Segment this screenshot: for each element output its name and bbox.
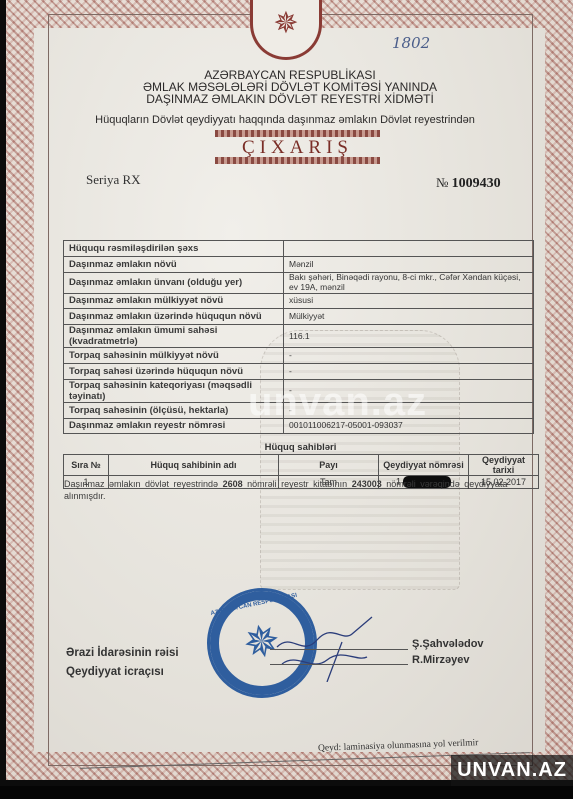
field-label: Daşınmaz əmlakın reyestr nömrəsi [64, 418, 284, 434]
table-row: Torpaq sahəsi üzərində hüququn növü- [64, 363, 534, 379]
document-title: ÇIXARIŞ [215, 137, 380, 159]
field-label: Daşınmaz əmlakın növü [64, 256, 284, 272]
table-row: Daşınmaz əmlakın ümumi sahəsi (kvadratme… [64, 325, 534, 348]
col-reg-number: Qeydiyyat nömrəsi [379, 455, 469, 476]
field-label: Torpaq sahəsinin mülkiyyət növü [64, 348, 284, 364]
signer-name-2: R.Mirzəyev [412, 654, 469, 666]
registry-note: Daşınmaz əmlakın dövlət reyestrində 2608… [64, 478, 534, 502]
table-row: Daşınmaz əmlakın mülkiyyət növüxüsusi [64, 293, 534, 309]
field-label: Daşınmaz əmlakın ünvanı (olduğu yer) [64, 272, 284, 293]
field-value: 116.1 [284, 325, 534, 348]
registry-book-number: 2608 [223, 479, 243, 489]
table-row: Daşınmaz əmlakın reyestr nömrəsi00101100… [64, 418, 534, 434]
table-row: Hüququ rəsmiləşdirilən şəxs [64, 241, 534, 257]
field-label: Daşınmaz əmlakın mülkiyyət növü [64, 293, 284, 309]
table-row: Torpaq sahəsinin kateqoriyası (məqsədli … [64, 379, 534, 402]
col-reg-date: Qeydiyyat tarixi [469, 455, 539, 476]
ornament-band-top [215, 130, 380, 137]
signer-role-2: Qeydiyyat icraçısı [66, 666, 164, 678]
registry-note-text: nömrəli reyestr kitabının [247, 479, 347, 489]
field-value: - [284, 348, 534, 364]
header-line-3: DAŞINMAZ ƏMLAKIN DÖVLƏT REYESTRİ XİDMƏTİ [60, 92, 520, 106]
number-value: 1009430 [452, 176, 501, 191]
col-share: Payı [279, 455, 379, 476]
document-number: № 1009430 [436, 175, 501, 192]
table-row: Daşınmaz əmlakın üzərində hüququn növüMü… [64, 309, 534, 325]
header-subtitle: Hüquqların Dövlət qeydiyyatı haqqında da… [30, 114, 540, 126]
table-row: Torpaq sahəsinin mülkiyyət növü- [64, 348, 534, 364]
field-label: Torpaq sahəsi üzərində hüququn növü [64, 363, 284, 379]
signer-name-1: Ş.Şahvələdov [412, 638, 484, 650]
field-value: xüsusi [284, 293, 534, 309]
field-value: 001011006217-05001-093037 [284, 418, 534, 434]
title-band: ÇIXARIŞ [215, 128, 380, 164]
field-label: Daşınmaz əmlakın üzərində hüququn növü [64, 309, 284, 325]
col-owner-name: Hüquq sahibinin adı [109, 455, 279, 476]
signature-line-2 [270, 664, 408, 665]
field-value: Bakı şəhəri, Binəqədi rayonu, 8-ci mkr.,… [284, 272, 534, 293]
property-table: Hüququ rəsmiləşdirilən şəxsDaşınmaz əmla… [63, 240, 534, 434]
field-label: Torpaq sahəsinin kateqoriyası (məqsədli … [64, 379, 284, 402]
emblem-star-icon: ✵ [273, 9, 298, 39]
field-label: Daşınmaz əmlakın ümumi sahəsi (kvadratme… [64, 325, 284, 348]
registry-note-text: Daşınmaz əmlakın dövlət reyestrində [64, 479, 218, 489]
field-value: - [284, 402, 534, 418]
number-prefix: № [436, 175, 448, 190]
field-label: Torpaq sahəsinin (ölçüsü, hektarla) [64, 402, 284, 418]
series-label: Seriya RX [86, 172, 141, 188]
signer-role-1: Ərazi İdarəsinin rəisi [66, 647, 179, 659]
registry-page-number: 243003 [352, 479, 382, 489]
stamp-emblem-icon: ✵ [239, 618, 284, 669]
table-row: Torpaq sahəsinin (ölçüsü, hektarla)- [64, 402, 534, 418]
ornament-band-bottom [215, 157, 380, 164]
field-value: Mülkiyyət [284, 309, 534, 325]
field-value: - [284, 379, 534, 402]
handwritten-note: 1802 [392, 34, 430, 52]
owners-caption: Hüquq sahibləri [63, 442, 538, 453]
field-value [284, 241, 534, 257]
field-label: Hüququ rəsmiləşdirilən şəxs [64, 241, 284, 257]
field-value: Mənzil [284, 256, 534, 272]
site-badge: UNVAN.AZ [451, 755, 573, 786]
bottom-bar [0, 786, 573, 799]
table-row: Daşınmaz əmlakın növüMənzil [64, 256, 534, 272]
table-row: Daşınmaz əmlakın ünvanı (olduğu yer)Bakı… [64, 272, 534, 293]
signature-line-1 [270, 649, 408, 650]
col-index: Sıra № [64, 455, 109, 476]
field-value: - [284, 363, 534, 379]
